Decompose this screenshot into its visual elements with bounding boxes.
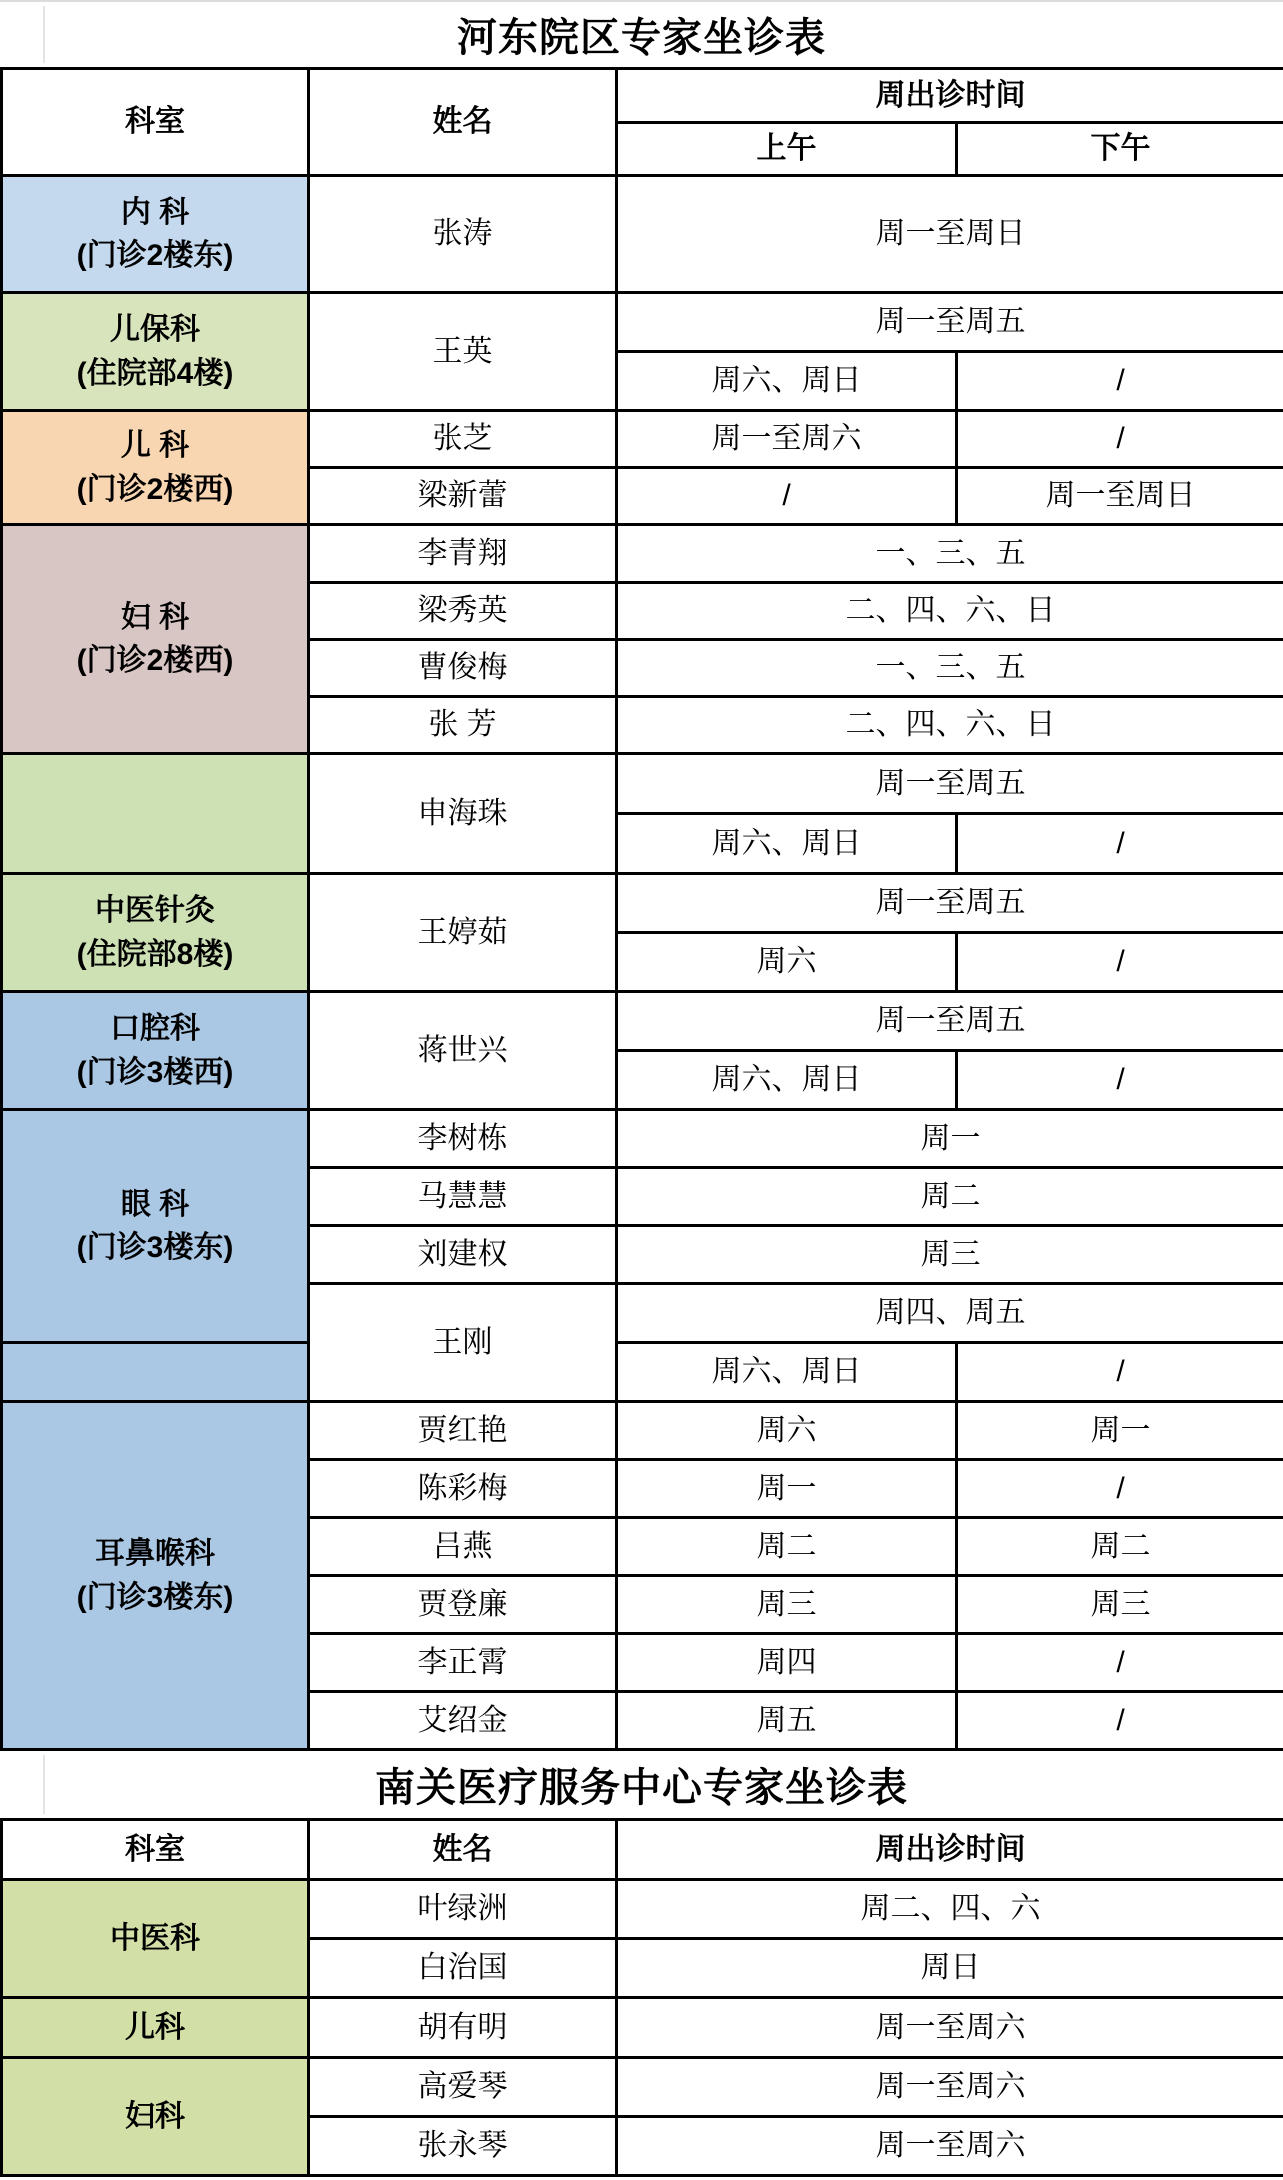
schedule-cell: 二、四、六、日 <box>617 583 1283 640</box>
doctor-name-cell: 艾绍金 <box>309 1692 617 1750</box>
doctor-name-cell: 李树栋 <box>309 1110 617 1168</box>
schedule-cell: 周二 <box>957 1518 1283 1576</box>
schedule-cell: 周四 <box>617 1634 957 1692</box>
nanguan-table-title: 南关医疗服务中心专家坐诊表 <box>375 1756 908 1813</box>
doctor-name-cell: 吕燕 <box>309 1518 617 1576</box>
empty-department-cell <box>2 1343 309 1402</box>
schedule-cell: 周一 <box>957 1402 1283 1460</box>
schedule-cell: 周六、周日 <box>617 1343 957 1402</box>
schedule-cell: 周三 <box>617 1576 957 1634</box>
department-cell: 儿科 <box>2 1998 309 2058</box>
header-cell: 科室 <box>2 1820 309 1880</box>
doctor-name-cell: 马慧慧 <box>309 1168 617 1226</box>
schedule-empty-slash: / <box>957 1692 1283 1750</box>
doctor-name-cell: 王英 <box>309 293 617 411</box>
schedule-cell: 周三 <box>957 1576 1283 1634</box>
doctor-name-cell: 张 芳 <box>309 697 617 754</box>
schedule-cell: 周三 <box>617 1226 1283 1284</box>
schedule-cell: 周一 <box>617 1110 1283 1168</box>
schedule-empty-slash: / <box>957 1051 1283 1110</box>
doctor-name-cell: 白治国 <box>309 1939 617 1998</box>
schedule-cell: 周二 <box>617 1168 1283 1226</box>
schedule-cell: 一、三、五 <box>617 640 1283 697</box>
department-cell: 口腔科 (门诊3楼西) <box>2 992 309 1110</box>
schedule-cell: 周六 <box>617 933 957 992</box>
department-cell: 儿 科 (门诊2楼西) <box>2 411 309 525</box>
department-cell: 妇科 <box>2 2058 309 2176</box>
doctor-name-cell: 陈彩梅 <box>309 1460 617 1518</box>
doctor-name-cell: 叶绿洲 <box>309 1880 617 1939</box>
doctor-name-cell: 曹俊梅 <box>309 640 617 697</box>
empty-department-cell <box>2 754 309 874</box>
schedule-empty-slash: / <box>957 411 1283 468</box>
schedule-cell: 一、三、五 <box>617 525 1283 583</box>
nanguan-title-band: 南关医疗服务中心专家坐诊表 <box>0 1751 1283 1818</box>
doctor-name-cell: 王婷茹 <box>309 874 617 992</box>
schedule-cell: 周一至周日 <box>957 468 1283 525</box>
header-cell: 周出诊时间 <box>617 69 1283 123</box>
header-cell: 周出诊时间 <box>617 1820 1283 1880</box>
doctor-name-cell: 张涛 <box>309 176 617 293</box>
schedule-cell: 周一至周六 <box>617 2117 1283 2176</box>
doctor-name-cell: 王刚 <box>309 1284 617 1402</box>
nanguan-schedule-table: 科室姓名周出诊时间中医科叶绿洲周二、四、六白治国周日儿科胡有明周一至周六妇科高爱… <box>0 1818 1283 2177</box>
header-cell: 姓名 <box>309 1820 617 1880</box>
schedule-cell: 周五 <box>617 1692 957 1750</box>
schedule-empty-slash: / <box>957 1343 1283 1402</box>
header-cell: 科室 <box>2 69 309 176</box>
doctor-name-cell: 贾登廉 <box>309 1576 617 1634</box>
schedule-cell: 周一 <box>617 1460 957 1518</box>
schedule-cell: 周一至周五 <box>617 293 1283 352</box>
department-cell: 中医科 <box>2 1880 309 1998</box>
doctor-name-cell: 张永琴 <box>309 2117 617 2176</box>
department-cell: 中医针灸 (住院部8楼) <box>2 874 309 992</box>
doctor-name-cell: 李正霄 <box>309 1634 617 1692</box>
schedule-cell: 周一至周五 <box>617 874 1283 933</box>
department-cell: 眼 科 (门诊3楼东) <box>2 1110 309 1343</box>
schedule-cell: 周二、四、六 <box>617 1880 1283 1939</box>
schedule-cell: 周二 <box>617 1518 957 1576</box>
doctor-name-cell: 梁新蕾 <box>309 468 617 525</box>
schedule-cell: 周一至周六 <box>617 1998 1283 2058</box>
doctor-name-cell: 胡有明 <box>309 1998 617 2058</box>
schedule-cell: 周一至周六 <box>617 2058 1283 2117</box>
doctor-name-cell: 高爱琴 <box>309 2058 617 2117</box>
doctor-name-cell: 刘建权 <box>309 1226 617 1284</box>
hedong-title-band: 河东院区专家坐诊表 <box>0 0 1283 67</box>
schedule-empty-slash: / <box>957 1634 1283 1692</box>
department-cell: 妇 科 (门诊2楼西) <box>2 525 309 754</box>
schedule-cell: 周一至周六 <box>617 411 957 468</box>
hedong-table-title: 河东院区专家坐诊表 <box>457 6 826 63</box>
schedule-cell: 周六、周日 <box>617 352 957 411</box>
schedule-sheet: 河东院区专家坐诊表 科室姓名周出诊时间上午下午内 科 (门诊2楼东)张涛周一至周… <box>0 0 1283 2177</box>
header-cell: 姓名 <box>309 69 617 176</box>
schedule-cell: 周一至周五 <box>617 992 1283 1051</box>
doctor-name-cell: 张芝 <box>309 411 617 468</box>
schedule-cell: 周四、周五 <box>617 1284 1283 1343</box>
doctor-name-cell: 申海珠 <box>309 754 617 874</box>
department-cell: 内 科 (门诊2楼东) <box>2 176 309 293</box>
department-cell: 耳鼻喉科 (门诊3楼东) <box>2 1402 309 1750</box>
doctor-name-cell: 李青翔 <box>309 525 617 583</box>
schedule-cell: 周六、周日 <box>617 814 957 874</box>
doctor-name-cell: 梁秀英 <box>309 583 617 640</box>
schedule-cell: 周日 <box>617 1939 1283 1998</box>
schedule-empty-slash: / <box>957 352 1283 411</box>
schedule-cell: 周一至周五 <box>617 754 1283 814</box>
doctor-name-cell: 蒋世兴 <box>309 992 617 1110</box>
schedule-empty-slash: / <box>957 933 1283 992</box>
schedule-cell: 周一至周日 <box>617 176 1283 293</box>
schedule-empty-slash: / <box>957 1460 1283 1518</box>
schedule-empty-slash: / <box>957 814 1283 874</box>
schedule-cell: 周六、周日 <box>617 1051 957 1110</box>
hedong-schedule-table: 科室姓名周出诊时间上午下午内 科 (门诊2楼东)张涛周一至周日儿保科 (住院部4… <box>0 67 1283 1751</box>
schedule-cell: 二、四、六、日 <box>617 697 1283 754</box>
doctor-name-cell: 贾红艳 <box>309 1402 617 1460</box>
schedule-empty-slash: / <box>617 468 957 525</box>
header-cell: 上午 <box>617 123 957 176</box>
header-cell: 下午 <box>957 123 1283 176</box>
schedule-cell: 周六 <box>617 1402 957 1460</box>
department-cell: 儿保科 (住院部4楼) <box>2 293 309 411</box>
